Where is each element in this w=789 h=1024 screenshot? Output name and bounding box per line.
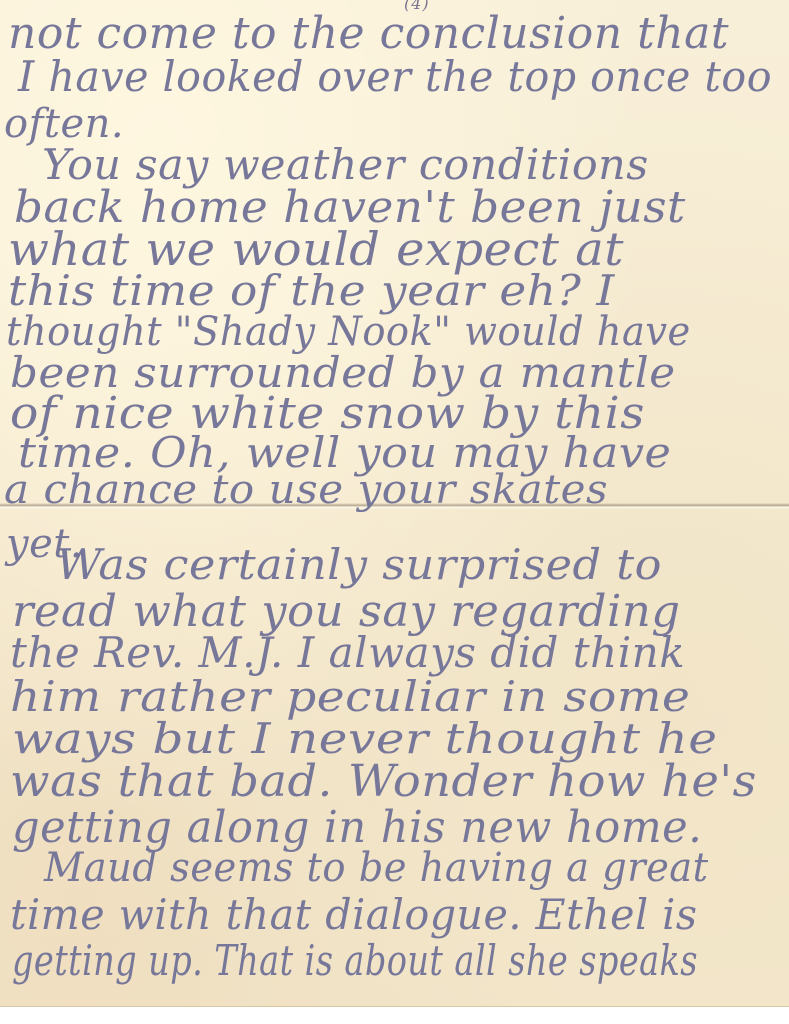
handwritten-line: getting along in his new home.	[12, 806, 702, 850]
handwritten-line: getting up. That is about all she speaks	[12, 940, 698, 982]
handwritten-line: ways but I never thought he	[12, 718, 718, 760]
handwritten-line: thought "Shady Nook" would have	[6, 312, 691, 352]
handwritten-line: time with that dialogue. Ethel is	[10, 894, 697, 936]
handwritten-line: a chance to use your skates	[4, 470, 608, 510]
letter-page: (4) not come to the conclusion that I ha…	[0, 0, 789, 1007]
handwritten-line: was that bad. Wonder how he's	[10, 760, 757, 804]
handwritten-line: not come to the conclusion that	[8, 12, 729, 56]
handwritten-line: him rather peculiar in some	[10, 676, 690, 718]
handwritten-line: the Rev. M.J. I always did think	[10, 632, 685, 674]
handwritten-line: often.	[4, 104, 124, 144]
handwritten-line: this time of the year eh? I	[8, 270, 615, 312]
handwritten-line: Maud seems to be having a great	[44, 848, 709, 888]
handwritten-line: Was certainly surprised to	[56, 544, 662, 586]
handwritten-line: I have looked over the top once too	[18, 56, 772, 98]
handwritten-line: You say weather conditions	[42, 144, 649, 186]
